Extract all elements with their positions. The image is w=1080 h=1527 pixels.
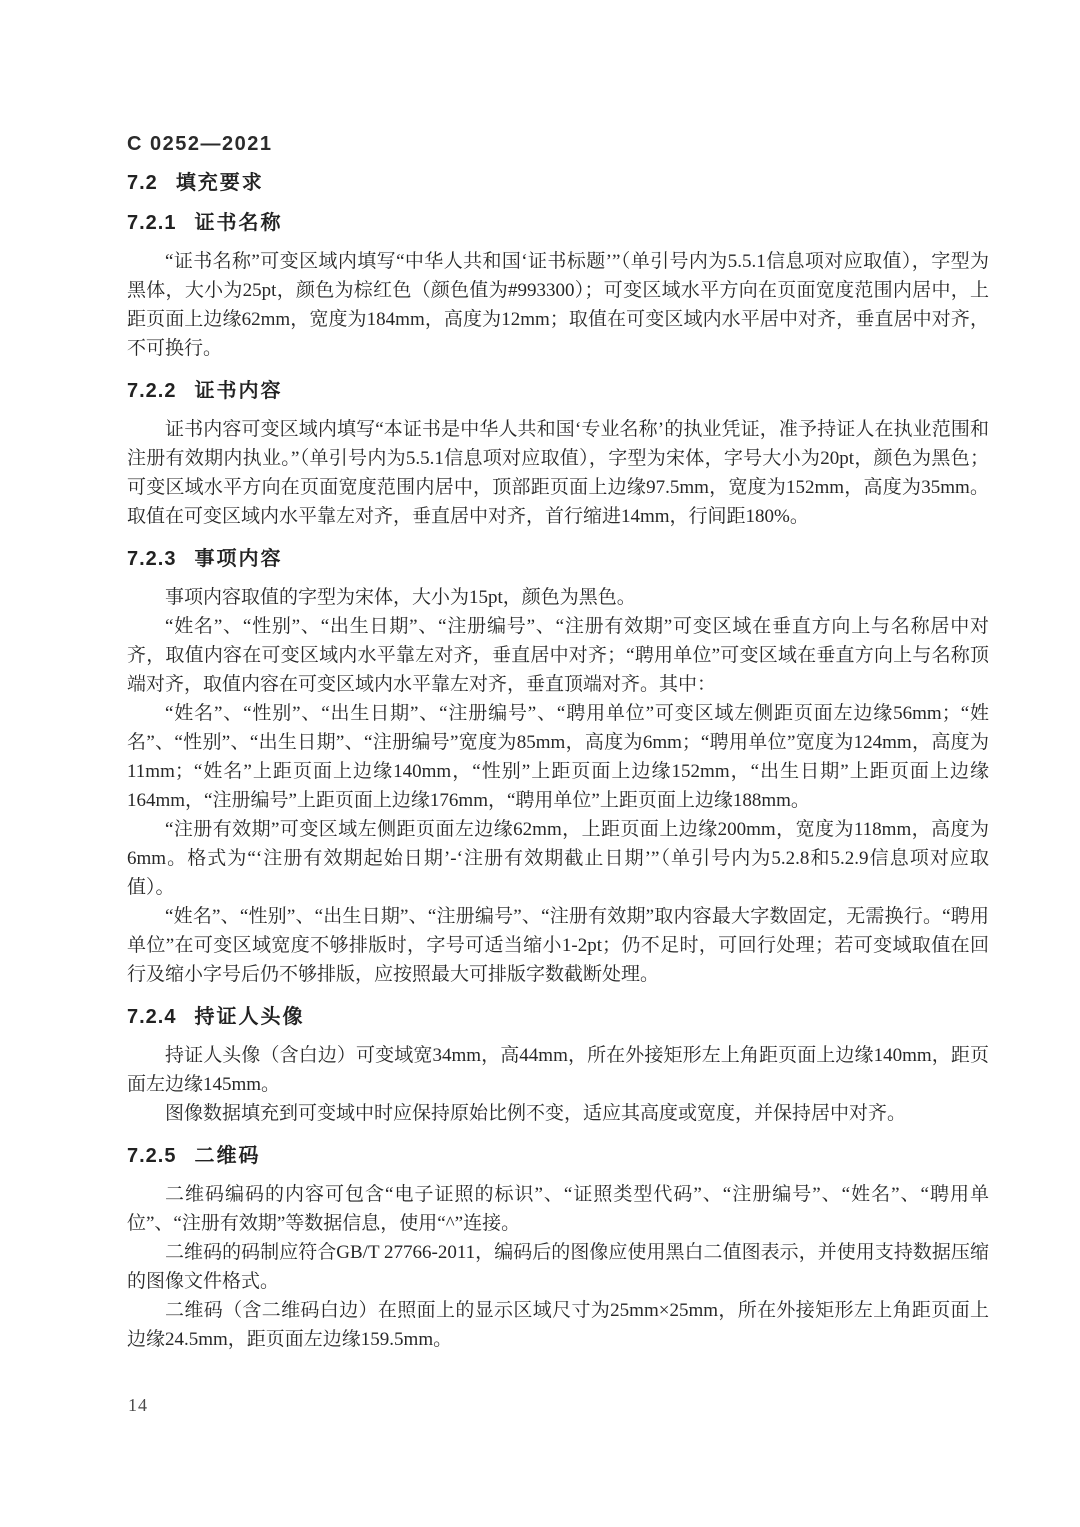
paragraph-7-2-5-1: 二维码编码的内容可包含“电子证照的标识”、“证照类型代码”、“注册编号”、“姓名… (127, 1180, 989, 1238)
heading-7-2-3: 7.2.3事项内容 (127, 547, 989, 571)
heading-title: 持证人头像 (194, 1005, 304, 1029)
heading-number: 7.2 (127, 171, 158, 195)
paragraph-7-2-3-4: “注册有效期”可变区域左侧距页面左边缘62mm，上距页面上边缘200mm，宽度为… (127, 815, 989, 902)
heading-title: 填充要求 (176, 171, 264, 195)
heading-number: 7.2.5 (127, 1144, 176, 1168)
heading-title: 证书内容 (194, 379, 282, 403)
heading-7-2-4: 7.2.4持证人头像 (127, 1005, 989, 1029)
heading-7-2-2: 7.2.2证书内容 (127, 379, 989, 403)
heading-number: 7.2.4 (127, 1005, 176, 1029)
document-page: C 0252—2021 7.2填充要求 7.2.1证书名称 “证书名称”可变区域… (0, 0, 1080, 1527)
paragraph-7-2-3-2: “姓名”、“性别”、“出生日期”、“注册编号”、“注册有效期”可变区域在垂直方向… (127, 612, 989, 699)
heading-7-2: 7.2填充要求 (127, 171, 989, 195)
page-number: 14 (128, 1395, 148, 1416)
heading-7-2-5: 7.2.5二维码 (127, 1144, 989, 1168)
heading-7-2-1: 7.2.1证书名称 (127, 211, 989, 235)
paragraph-7-2-5-3: 二维码（含二维码白边）在照面上的显示区域尺寸为25mm×25mm，所在外接矩形左… (127, 1296, 989, 1354)
heading-number: 7.2.3 (127, 547, 176, 571)
heading-title: 事项内容 (194, 547, 282, 571)
paragraph-7-2-3-3: “姓名”、“性别”、“出生日期”、“注册编号”、“聘用单位”可变区域左侧距页面左… (127, 699, 989, 815)
heading-number: 7.2.2 (127, 379, 176, 403)
heading-title: 二维码 (194, 1144, 260, 1168)
paragraph-7-2-3-5: “姓名”、“性别”、“出生日期”、“注册编号”、“注册有效期”取内容最大字数固定… (127, 902, 989, 989)
paragraph-7-2-4-2: 图像数据填充到可变域中时应保持原始比例不变，适应其高度或宽度，并保持居中对齐。 (127, 1099, 989, 1128)
paragraph-7-2-2-1: 证书内容可变区域内填写“本证书是中华人共和国‘专业名称’的执业凭证，准予持证人在… (127, 415, 989, 531)
paragraph-7-2-5-2: 二维码的码制应符合GB/T 27766-2011，编码后的图像应使用黑白二值图表… (127, 1238, 989, 1296)
doc-code: C 0252—2021 (127, 133, 989, 155)
paragraph-7-2-3-1: 事项内容取值的字型为宋体，大小为15pt，颜色为黑色。 (127, 583, 989, 612)
heading-number: 7.2.1 (127, 211, 176, 235)
paragraph-7-2-1-1: “证书名称”可变区域内填写“中华人共和国‘证书标题’”（单引号内为5.5.1信息… (127, 247, 989, 363)
heading-title: 证书名称 (194, 211, 282, 235)
paragraph-7-2-4-1: 持证人头像（含白边）可变域宽34mm，高44mm，所在外接矩形左上角距页面上边缘… (127, 1041, 989, 1099)
